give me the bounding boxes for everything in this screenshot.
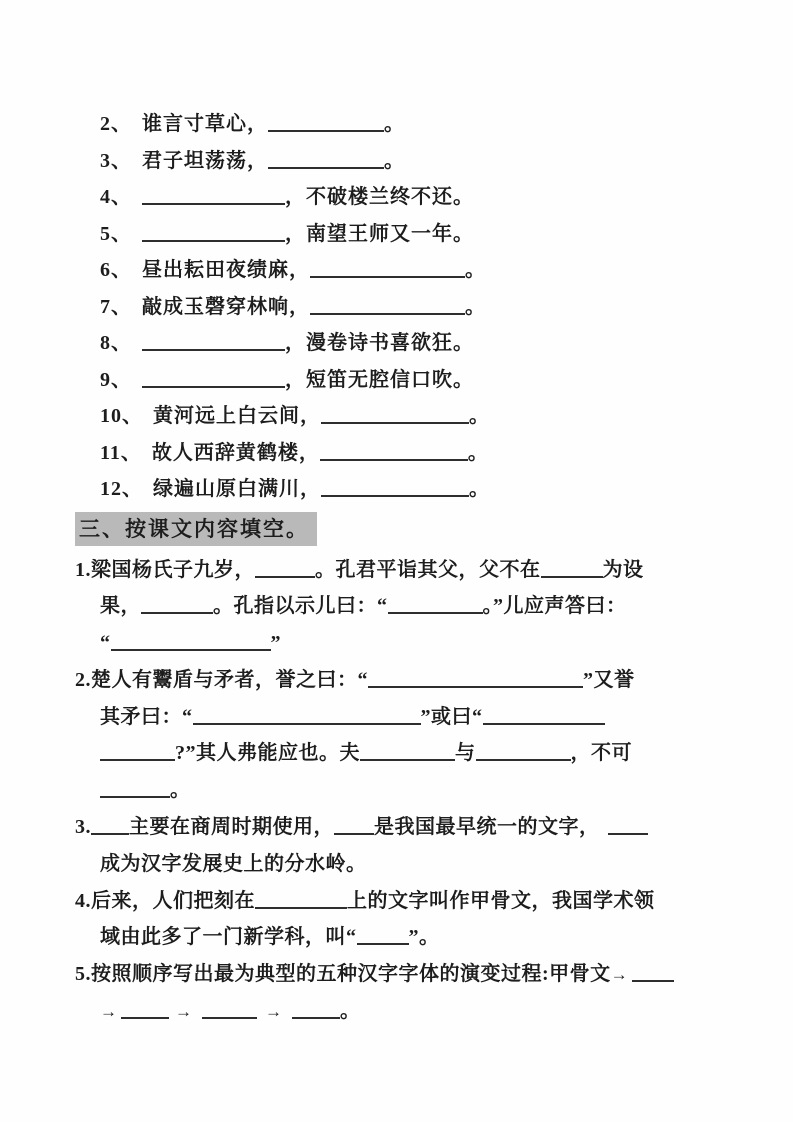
answer-blank[interactable]	[310, 295, 465, 315]
answer-blank[interactable]	[632, 962, 674, 982]
question-text: 果，	[100, 595, 141, 617]
poem-text: 昼出耘田夜绩麻，	[142, 259, 310, 281]
question-line: 1.梁国杨氏子九岁，。孔君平诣其父，父不在为设	[75, 552, 723, 589]
poem-line-11: 11、故人西辞黄鹤楼，。	[100, 435, 723, 472]
answer-blank[interactable]	[142, 331, 285, 351]
question-number: 1.	[75, 559, 91, 581]
question-text: 。	[170, 779, 191, 801]
answer-blank[interactable]	[320, 441, 468, 461]
item-number: 5、	[100, 223, 132, 245]
poem-line-7: 7、敲成玉磬穿林响，。	[100, 289, 723, 326]
item-number: 6、	[100, 259, 132, 281]
question-3: 3.主要在商周时期使用，是我国最早统一的文字， 成为汉字发展史上的分水岭。	[75, 809, 723, 883]
answer-blank[interactable]	[121, 999, 169, 1019]
answer-blank[interactable]	[142, 368, 285, 388]
answer-blank[interactable]	[111, 631, 271, 651]
question-text: 后来，人们把刻在	[91, 890, 255, 912]
question-5: 5.按照顺序写出最为典型的五种汉字字体的演变过程:甲骨文→ →→→。	[75, 956, 723, 1030]
poem-text: 。	[469, 478, 490, 500]
question-text: 。	[340, 1000, 361, 1022]
question-text: 。孔君平诣其父，父不在	[315, 559, 541, 581]
answer-blank[interactable]	[483, 705, 605, 725]
poem-text: 。	[468, 442, 489, 464]
question-line: 果，。孔指以示儿曰：“。”儿应声答曰：	[100, 588, 723, 625]
poem-text: ，短笛无腔信口吹。	[285, 369, 474, 391]
answer-blank[interactable]	[608, 815, 648, 835]
question-text: ”又誉	[583, 669, 635, 691]
poem-line-4: 4、，不破楼兰终不还。	[100, 179, 723, 216]
poem-line-8: 8、，漫卷诗书喜欲狂。	[100, 325, 723, 362]
poem-text: 敲成玉磬穿林响，	[142, 296, 310, 318]
item-number: 4、	[100, 186, 132, 208]
question-text: 是我国最早统一的文字，	[374, 816, 600, 838]
question-line: 2.楚人有鬻盾与矛者，誉之曰：“”又誉	[75, 662, 723, 699]
answer-blank[interactable]	[100, 778, 170, 798]
answer-blank[interactable]	[100, 741, 175, 761]
poem-text: ，不破楼兰终不还。	[285, 186, 474, 208]
question-1: 1.梁国杨氏子九岁，。孔君平诣其父，父不在为设 果，。孔指以示儿曰：“。”儿应声…	[75, 552, 723, 662]
question-text: 上的文字叫作甲骨文，我国学术领	[347, 890, 655, 912]
answer-blank[interactable]	[310, 258, 465, 278]
question-text: 。孔指以示儿曰：“	[213, 595, 388, 617]
answer-blank[interactable]	[202, 999, 257, 1019]
answer-blank[interactable]	[91, 815, 129, 835]
question-text: 梁国杨氏子九岁，	[91, 559, 255, 581]
item-number: 3、	[100, 150, 132, 172]
question-line: 域由此多了一门新学科，叫“”。	[100, 919, 723, 956]
question-text: 为设	[603, 559, 644, 581]
answer-blank[interactable]	[255, 558, 315, 578]
section-title: 三、按课文内容填空。	[75, 512, 317, 546]
item-number: 11、	[100, 442, 142, 464]
item-number: 7、	[100, 296, 132, 318]
question-text: ，不可	[571, 742, 633, 764]
question-line: 成为汉字发展史上的分水岭。	[100, 846, 723, 883]
section-header-row: 三、按课文内容填空。	[75, 508, 723, 552]
question-4: 4.后来，人们把刻在上的文字叫作甲骨文，我国学术领 域由此多了一门新学科，叫“”…	[75, 883, 723, 957]
question-text: 其矛曰：“	[100, 706, 193, 728]
answer-blank[interactable]	[255, 889, 347, 909]
question-line: 4.后来，人们把刻在上的文字叫作甲骨文，我国学术领	[75, 883, 723, 920]
answer-blank[interactable]	[321, 404, 469, 424]
poem-line-3: 3、君子坦荡荡，。	[100, 143, 723, 180]
poem-text: 。	[465, 259, 486, 281]
worksheet-page: 2、谁言寸草心，。 3、君子坦荡荡，。 4、，不破楼兰终不还。 5、，南望王师又…	[0, 0, 793, 1122]
answer-blank[interactable]	[321, 477, 469, 497]
poem-line-5: 5、，南望王师又一年。	[100, 216, 723, 253]
item-number: 10、	[100, 405, 143, 427]
question-line: 3.主要在商周时期使用，是我国最早统一的文字，	[75, 809, 723, 846]
item-number: 2、	[100, 113, 132, 135]
question-text: 主要在商周时期使用，	[129, 816, 334, 838]
question-text: ?”其人弗能应也。夫	[175, 742, 360, 764]
question-text: 与	[455, 742, 476, 764]
poem-text: 。	[465, 296, 486, 318]
question-line: 5.按照顺序写出最为典型的五种汉字字体的演变过程:甲骨文→	[75, 956, 723, 993]
arrow-glyph: →	[100, 1002, 117, 1021]
poem-text: 故人西辞黄鹤楼，	[152, 442, 320, 464]
answer-blank[interactable]	[268, 112, 384, 132]
poem-line-12: 12、绿遍山原白满川，。	[100, 471, 723, 508]
question-text: 楚人有鬻盾与矛者，誉之曰：“	[91, 669, 368, 691]
answer-blank[interactable]	[193, 705, 421, 725]
question-number: 4.	[75, 890, 91, 912]
poem-line-2: 2、谁言寸草心，。	[100, 106, 723, 143]
poem-text: 黄河远上白云间，	[153, 405, 321, 427]
question-number: 3.	[75, 816, 91, 838]
arrow-glyph: →	[175, 1002, 192, 1021]
question-text: “	[100, 632, 111, 654]
answer-blank[interactable]	[388, 594, 483, 614]
poem-text: 。	[469, 405, 490, 427]
poem-text: ，漫卷诗书喜欲狂。	[285, 332, 474, 354]
question-line: “”	[100, 625, 723, 662]
poem-text: 绿遍山原白满川，	[153, 478, 321, 500]
answer-blank[interactable]	[141, 594, 213, 614]
question-text: ”或曰“	[421, 706, 483, 728]
question-text: ”	[271, 632, 282, 654]
arrow-glyph: →	[611, 965, 628, 984]
question-text: 按照顺序写出最为典型的五种汉字字体的演变过程:甲骨文	[91, 963, 611, 985]
answer-blank[interactable]	[334, 815, 374, 835]
question-number: 5.	[75, 963, 91, 985]
question-number: 2.	[75, 669, 91, 691]
poem-text: ，南望王师又一年。	[285, 223, 474, 245]
answer-blank[interactable]	[541, 558, 603, 578]
poem-text: 。	[384, 113, 405, 135]
answer-blank[interactable]	[142, 185, 285, 205]
question-line: →→→。	[100, 993, 723, 1030]
poem-line-10: 10、黄河远上白云间，。	[100, 398, 723, 435]
arrow-glyph: →	[265, 1002, 282, 1021]
item-number: 8、	[100, 332, 132, 354]
page-content: 2、谁言寸草心，。 3、君子坦荡荡，。 4、，不破楼兰终不还。 5、，南望王师又…	[75, 106, 723, 1030]
answer-blank[interactable]	[360, 741, 455, 761]
question-line: ?”其人弗能应也。夫与，不可	[100, 735, 723, 772]
question-line: 。	[100, 772, 723, 809]
poem-text: 。	[384, 150, 405, 172]
poem-line-6: 6、昼出耘田夜绩麻，。	[100, 252, 723, 289]
question-text: 域由此多了一门新学科，叫“	[100, 926, 357, 948]
answer-blank[interactable]	[476, 741, 571, 761]
question-text: ”。	[409, 926, 440, 948]
poem-text: 君子坦荡荡，	[142, 150, 268, 172]
answer-blank[interactable]	[292, 999, 340, 1019]
poem-fill-in-list: 2、谁言寸草心，。 3、君子坦荡荡，。 4、，不破楼兰终不还。 5、，南望王师又…	[100, 106, 723, 508]
question-text: 。”儿应声答曰：	[483, 595, 627, 617]
question-text: 成为汉字发展史上的分水岭。	[100, 853, 367, 875]
question-2: 2.楚人有鬻盾与矛者，誉之曰：“”又誉 其矛曰：“”或曰“ ?”其人弗能应也。夫…	[75, 662, 723, 809]
poem-text: 谁言寸草心，	[142, 113, 268, 135]
answer-blank[interactable]	[368, 668, 583, 688]
answer-blank[interactable]	[357, 925, 409, 945]
answer-blank[interactable]	[142, 222, 285, 242]
answer-blank[interactable]	[268, 149, 384, 169]
question-line: 其矛曰：“”或曰“	[100, 699, 723, 736]
item-number: 12、	[100, 478, 143, 500]
item-number: 9、	[100, 369, 132, 391]
poem-line-9: 9、，短笛无腔信口吹。	[100, 362, 723, 399]
